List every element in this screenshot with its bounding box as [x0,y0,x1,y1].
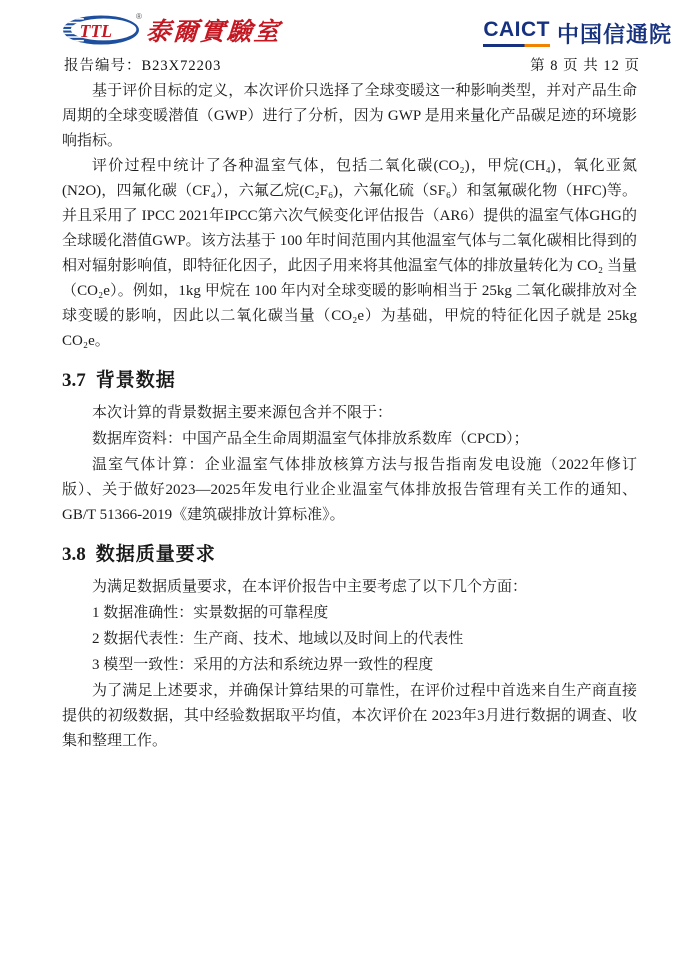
section-3-8-paragraph: 为满足数据质量要求，在本评价报告中主要考虑了以下几个方面： [62,575,637,600]
section-title-text: 背景数据 [96,370,176,391]
ttl-ellipse-icon: TTL [62,10,140,50]
report-number-label: 报告编号： [64,58,142,74]
intro-paragraph-2: 评价过程中统计了各种温室气体，包括二氧化碳(CO₂)，甲烷(CH₄)，氧化亚氮(… [62,154,637,354]
caict-abbr-text: CAICT [483,19,550,47]
report-number-value: B23X72203 [142,58,222,74]
section-3-8-paragraph: 1 数据准确性：实景数据的可靠程度 [62,601,637,626]
section-number: 3.7 [62,370,86,391]
report-page: TTL ® 泰爾實驗室 CAICT 中国信通院 报告编号：B23X72203 第… [0,0,697,957]
section-title-3-7: 3.7背景数据 [62,367,637,395]
section-title-3-8: 3.8数据质量要求 [62,541,637,569]
ttl-logo: TTL ® 泰爾實驗室 [62,10,281,50]
section-3-8-paragraph: 2 数据代表性：生产商、技术、地域以及时间上的代表性 [62,627,637,652]
registered-trademark-icon: ® [136,12,142,21]
page-header: TTL ® 泰爾實驗室 CAICT 中国信通院 [0,0,697,52]
section-3-7-paragraph: 本次计算的背景数据主要来源包含并不限于： [62,401,637,426]
page-indicator: 第 8 页 共 12 页 [530,54,640,75]
caict-logo: CAICT 中国信通院 [483,12,672,49]
section-3-7-paragraph: 温室气体计算：企业温室气体排放核算方法与报告指南发电设施（2022年修订版）、关… [62,453,637,528]
section-3-8-paragraph: 为了满足上述要求，并确保计算结果的可靠性，在评价过程中首选来自生产商直接提供的初… [62,679,637,754]
ttl-abbr-text: TTL [80,21,112,41]
section-number: 3.8 [62,544,86,565]
caict-chinese-name: 中国信通院 [557,18,672,49]
intro-paragraph-1: 基于评价目标的定义，本次评价只选择了全球变暖这一种影响类型，并对产品生命周期的全… [62,79,637,154]
report-meta-row: 报告编号：B23X72203 第 8 页 共 12 页 [0,52,697,75]
section-title-text: 数据质量要求 [96,544,216,565]
section-3-7-paragraph: 数据库资料：中国产品全生命周期温室气体排放系数库（CPCD）； [62,427,637,452]
document-body: 基于评价目标的定义，本次评价只选择了全球变暖这一种影响类型，并对产品生命周期的全… [0,75,697,754]
report-number: 报告编号：B23X72203 [64,54,221,75]
ttl-chinese-name: 泰爾實驗室 [145,12,283,48]
section-3-8-paragraph: 3 模型一致性：采用的方法和系统边界一致性的程度 [62,653,637,678]
